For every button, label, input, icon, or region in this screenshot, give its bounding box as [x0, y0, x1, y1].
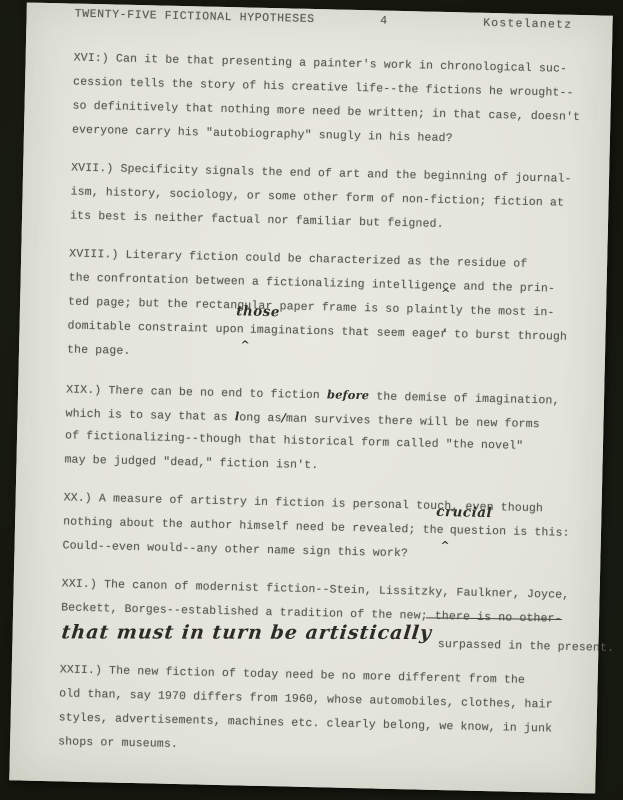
typed-segment: the demise of imagination, — [369, 390, 560, 407]
document-body: XVI:) Can it be that presenting a painte… — [10, 19, 613, 766]
insertion-annotation: those^ — [244, 331, 250, 332]
header-page-number: 4 — [380, 14, 388, 27]
caret-mark: ^ — [441, 289, 451, 299]
paper-sheet: TWENTY-FIVE FICTIONAL HYPOTHESES 4 Koste… — [9, 2, 612, 793]
typed-segment: man survives there will be new forms — [286, 412, 540, 431]
typed-segment: question is this: — [450, 524, 570, 540]
typed-segment: t — [442, 304, 449, 317]
paragraph-7: XXII.) The new fiction of today need be … — [58, 658, 572, 766]
paragraph-5: XX.) A measure of artistry in fiction is… — [62, 486, 576, 570]
typed-segment: shops or museums. — [58, 735, 178, 751]
typed-segment: its best is neither factual nor familiar… — [70, 209, 444, 230]
typed-segment: Could--even would--any other name sign t… — [62, 539, 408, 560]
typed-segment: everyone carry his "autobiography" snugl… — [72, 124, 453, 146]
typed-segment: may be judged "dead," fiction isn't. — [64, 453, 318, 472]
handwritten-segment: before — [327, 387, 370, 402]
paragraph-3: XVIII.) Literary fiction could be charac… — [67, 242, 582, 374]
scanned-document-page: TWENTY-FIVE FICTIONAL HYPOTHESES 4 Koste… — [0, 0, 623, 800]
paragraph-4: XIX.) There can be no end to fiction bef… — [64, 376, 578, 484]
typed-segment: the page. — [67, 343, 131, 357]
typed-segment: domitable constraint upon — [67, 319, 244, 336]
paragraph-1: XVI:) Can it be that presenting a painte… — [72, 47, 586, 155]
typed-segment: XIX.) There can be no end to fiction — [66, 383, 327, 402]
typed-segment: imaginations that seem eager to burst th… — [250, 324, 568, 344]
paragraph-2: XVII.) Specificity signals the end of ar… — [70, 157, 584, 241]
typed-segment: ly the most in- — [449, 304, 555, 319]
typed-segment: which is to say that as — [65, 407, 234, 424]
typed-segment: surpassed in the present. — [431, 638, 615, 655]
deletion-mark: t^, — [441, 299, 449, 323]
typed-segment: nothing about the author himself need be… — [63, 515, 444, 537]
paragraph-6: XXI.) The canon of modernist fiction--St… — [60, 572, 574, 656]
insertion-annotation: crucial^ — [444, 532, 450, 533]
strikethrough-segment: there is no other- — [428, 610, 562, 626]
inserted-word: those — [236, 299, 280, 324]
typed-segment: ong as — [239, 411, 282, 425]
inserted-word: crucial — [436, 500, 492, 525]
handwritten-line-segment: that must in turn be artistically — [60, 620, 433, 645]
